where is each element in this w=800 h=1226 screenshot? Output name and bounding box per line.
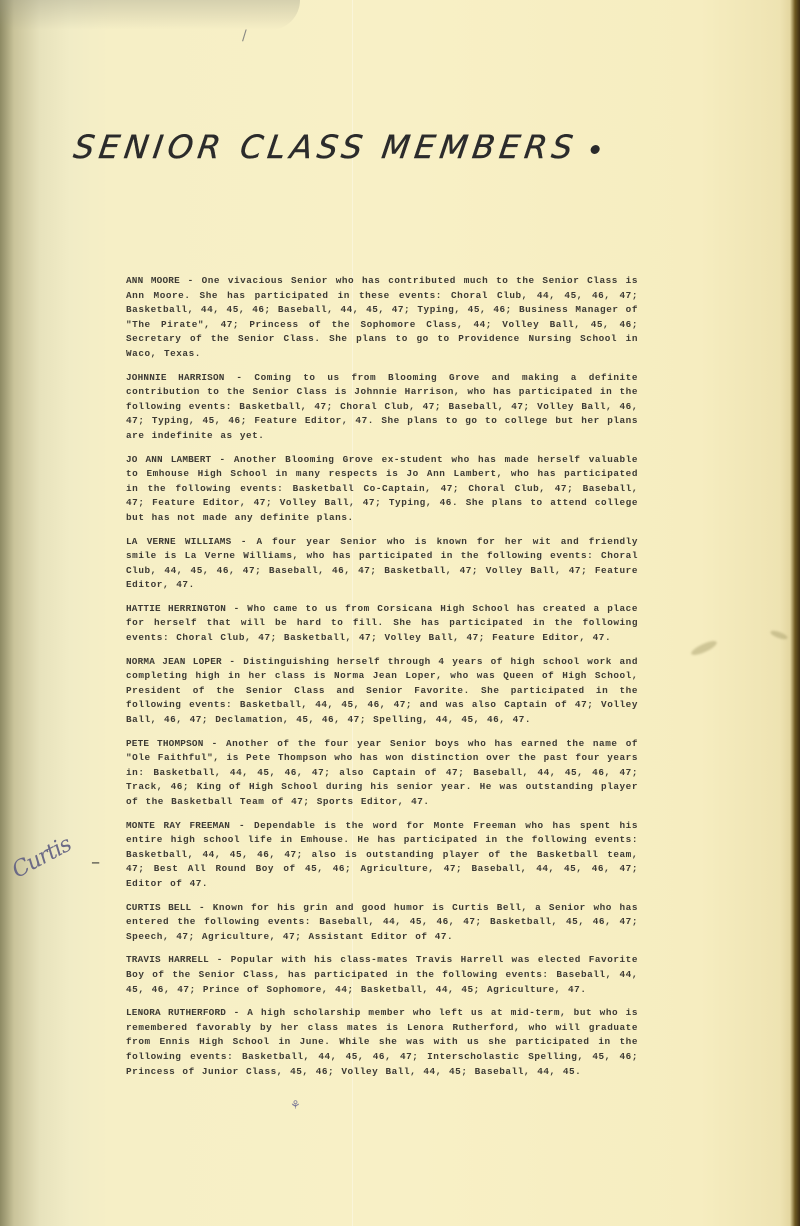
member-name: NORMA JEAN LOPER xyxy=(126,656,222,667)
page-title: SENIOR CLASS MEMBERS xyxy=(71,128,603,166)
ink-smudge-mark: ⚘ xyxy=(290,1098,301,1112)
member-name: JOHNNIE HARRISON xyxy=(126,372,225,383)
member-entries: ANN MOORE - One vivacious Senior who has… xyxy=(126,274,638,1088)
stain-mark xyxy=(690,638,719,657)
member-entry: TRAVIS HARRELL - Popular with his class-… xyxy=(126,953,638,997)
stain-mark xyxy=(770,629,789,641)
member-entry: NORMA JEAN LOPER - Distinguishing hersel… xyxy=(126,655,638,728)
pencil-mark: / xyxy=(242,28,247,44)
member-entry: LA VERNE WILLIAMS - A four year Senior w… xyxy=(126,535,638,593)
title-period-dot xyxy=(590,145,600,154)
member-entry: CURTIS BELL - Known for his grin and goo… xyxy=(126,901,638,945)
member-name: PETE THOMPSON xyxy=(126,738,204,749)
member-name: LENORA RUTHERFORD xyxy=(126,1007,226,1018)
member-entry: ANN MOORE - One vivacious Senior who has… xyxy=(126,274,638,362)
member-entry: PETE THOMPSON - Another of the four year… xyxy=(126,737,638,810)
member-description: - One vivacious Senior who has contribut… xyxy=(126,275,638,359)
member-entry: JO ANN LAMBERT - Another Blooming Grove … xyxy=(126,453,638,526)
member-description: - Known for his grin and good humor is C… xyxy=(126,902,638,942)
member-name: LA VERNE WILLIAMS xyxy=(126,536,231,547)
page-title-text: SENIOR CLASS MEMBERS xyxy=(71,128,580,166)
member-name: JO ANN LAMBERT xyxy=(126,454,211,465)
member-description: - Another of the four year Senior boys w… xyxy=(126,738,638,807)
member-entry: MONTE RAY FREEMAN - Dependable is the wo… xyxy=(126,819,638,892)
member-entry: LENORA RUTHERFORD - A high scholarship m… xyxy=(126,1006,638,1079)
member-name: TRAVIS HARRELL xyxy=(126,954,209,965)
margin-dash-mark: — xyxy=(92,856,99,870)
member-entry: HATTIE HERRINGTON - Who came to us from … xyxy=(126,602,638,646)
member-name: MONTE RAY FREEMAN xyxy=(126,820,230,831)
member-entry: JOHNNIE HARRISON - Coming to us from Blo… xyxy=(126,371,638,444)
member-name: ANN MOORE xyxy=(126,275,180,286)
handwritten-margin-note: Curtis xyxy=(8,832,75,884)
member-name: CURTIS BELL xyxy=(126,902,191,913)
scanned-page: SENIOR CLASS MEMBERS Curtis — ⚘ / ANN MO… xyxy=(0,0,800,1226)
member-name: HATTIE HERRINGTON xyxy=(126,603,226,614)
